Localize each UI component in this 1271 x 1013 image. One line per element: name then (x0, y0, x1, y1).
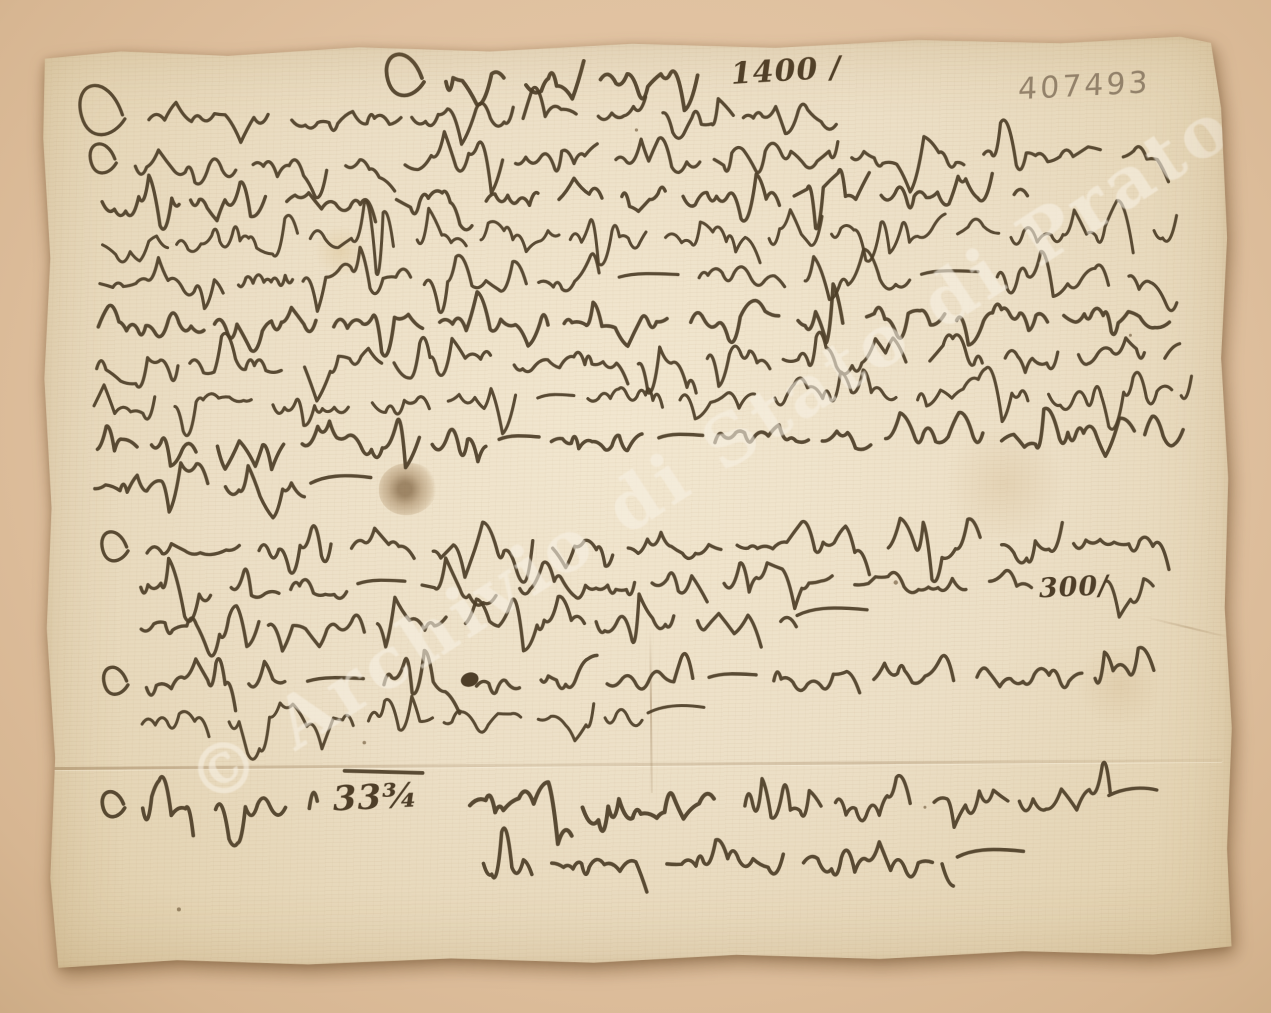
script-line (1107, 579, 1154, 618)
script-line (745, 762, 1158, 829)
paper-speck (635, 128, 638, 131)
script-line (103, 644, 1154, 717)
script-line (345, 770, 423, 774)
paper-speck (1129, 334, 1132, 337)
script-line (95, 461, 372, 519)
script-line (94, 365, 1192, 439)
script-line (142, 693, 705, 760)
paper-speck (894, 580, 898, 584)
handwriting-ink-layer (38, 34, 1237, 970)
script-line (102, 775, 318, 847)
manuscript-paper-wrap: 1400 /300/33¾ © Archivio di Stato di Pra… (38, 34, 1237, 970)
manuscript-paper: 1400 /300/33¾ © Archivio di Stato di Pra… (38, 34, 1237, 970)
paper-speck (362, 741, 366, 745)
archival-number: 407493 (1018, 65, 1152, 107)
script-line (102, 167, 1028, 236)
script-line (141, 592, 868, 657)
script-line (97, 407, 1183, 471)
scanned-letter-photo: 1400 /300/33¾ © Archivio di Stato di Pra… (0, 0, 1271, 1013)
script-line (102, 516, 1169, 590)
script-line (80, 78, 837, 148)
script-line (141, 550, 1032, 622)
paper-speck (923, 806, 926, 809)
paper-speck (177, 907, 181, 911)
script-line (90, 118, 1169, 199)
